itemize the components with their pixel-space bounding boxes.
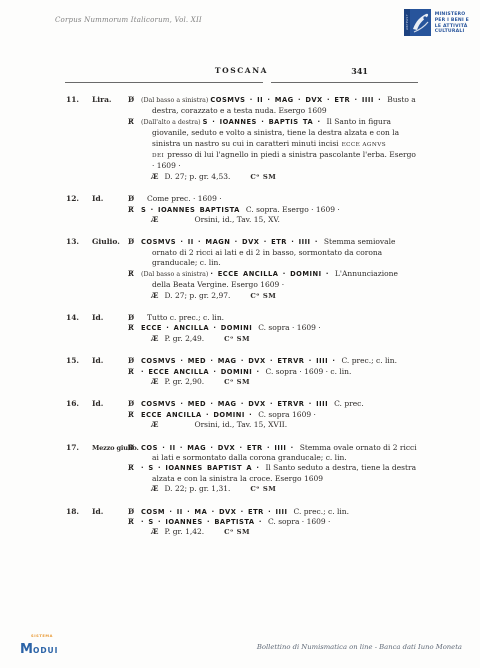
obverse-description: D̸COSMVS · MED · MAG · DVX · ETRVR · III… xyxy=(128,356,417,366)
position-note: (Dal basso a sinistra) xyxy=(141,97,210,104)
side-text: · S · IOANNES · BAPTISTA ·C. sopra · 160… xyxy=(141,517,417,527)
catalog-entry: 13.Giulio.D̸COSMVS · II · MAGN · DVX · E… xyxy=(66,237,417,300)
side-text: COSMVS · MED · MAG · DVX · ETRVR · IIII … xyxy=(141,356,417,366)
footer-credit: Bollettino di Numismatica on line - Banc… xyxy=(257,643,462,651)
metal-mark: Æ xyxy=(151,172,158,181)
ministry-logo: ARTPAST MINISTERO PER I BENI E LE ATTIVI… xyxy=(404,9,469,36)
entry-number: 16. xyxy=(66,399,92,430)
description: C. prec.; c. lin. xyxy=(293,507,349,516)
coin-legend: · S · IOANNES BAPTIST A · xyxy=(141,464,259,472)
collection-mark: Cᵒ SM xyxy=(224,335,250,343)
side-text: COSMVS · MED · MAG · DVX · ETRVR · IIIIC… xyxy=(141,399,417,409)
specs-line: ÆOrsini, id., Tav. 15, XV. xyxy=(128,215,417,225)
entry-body: D̸Tutto c. prec.; c. lin.R̸ECCE · ANCILL… xyxy=(128,313,417,344)
description: C. prec. xyxy=(334,399,364,408)
catalog-entry: 11.Lira.D̸(Dal basso a sinistra) COSMVS … xyxy=(66,95,417,182)
reverse-mark: R̸ xyxy=(128,205,141,215)
position-note: (Dal basso a sinistra) xyxy=(141,271,210,278)
entry-body: D̸COSMVS · II · MAGN · DVX · ETR · IIII … xyxy=(128,237,417,300)
entry-body: D̸COS · II · MAG · DVX · ETR · IIII ·Ste… xyxy=(128,443,417,495)
description: Tutto c. prec.; c. lin. xyxy=(147,313,224,322)
bibliographic-reference: Orsini, id., Tav. 15, XV. xyxy=(194,215,279,224)
reverse-description: R̸ECCE · ANCILLA · DOMINIC. sopra · 1609… xyxy=(128,323,417,333)
entry-number: 18. xyxy=(66,507,92,538)
entry-body: D̸Come prec. · 1609 ·R̸S · IOANNES BAPTI… xyxy=(128,194,417,225)
reverse-description: R̸(Dal basso a sinistra) · ECCE ANCILLA … xyxy=(128,269,417,291)
coin-legend: S · IOANNES BAPTISTA xyxy=(141,206,240,214)
obverse-mark: D̸ xyxy=(128,194,141,204)
description: C. sopra. Esergo · 1609 · xyxy=(246,205,340,214)
obverse-mark: D̸ xyxy=(128,313,141,323)
entry-number: 13. xyxy=(66,237,92,300)
side-text: Tutto c. prec.; c. lin. xyxy=(141,313,417,323)
entry-number: 15. xyxy=(66,356,92,387)
side-text: COS · II · MAG · DVX · ETR · IIII ·Stemm… xyxy=(141,443,417,464)
diameter-weight: D. 22; p. gr. 1,31. xyxy=(164,484,230,493)
description: C. prec.; c. lin. xyxy=(341,356,397,365)
collection-mark: Cᵒ SM xyxy=(250,485,276,493)
obverse-mark: D̸ xyxy=(128,356,141,366)
page-number: 341 xyxy=(351,66,368,76)
description: C. sopra 1609 · xyxy=(258,410,316,419)
entry-body: D̸COSMVS · MED · MAG · DVX · ETRVR · III… xyxy=(128,356,417,387)
entry-denomination: Lira. xyxy=(92,95,128,182)
coin-legend: COSMVS · II · MAGN · DVX · ETR · IIII · xyxy=(141,238,318,246)
metal-mark: Æ xyxy=(151,527,158,536)
modui-logo-subtext: sistema xyxy=(31,635,58,639)
reverse-description: R̸S · IOANNES BAPTISTAC. sopra. Esergo ·… xyxy=(128,205,417,215)
reverse-description: R̸· S · IOANNES · BAPTISTA ·C. sopra · 1… xyxy=(128,517,417,527)
metal-mark: Æ xyxy=(151,334,158,343)
ministry-name-line: MINISTERO xyxy=(435,12,469,18)
coin-legend: · ECCE ANCILLA · DOMINI · xyxy=(141,368,260,376)
catalog-entry: 15.Id.D̸COSMVS · MED · MAG · DVX · ETRVR… xyxy=(66,356,417,387)
description: presso di lui l'agnello in piedi a sinis… xyxy=(152,150,416,170)
obverse-description: D̸COSMVS · MED · MAG · DVX · ETRVR · III… xyxy=(128,399,417,409)
specs-line: ÆP. gr. 2,49.Cᵒ SM xyxy=(128,334,417,344)
side-text: ECCE ANCILLA · DOMINI ·C. sopra 1609 · xyxy=(141,410,417,420)
collection-mark: Cᵒ SM xyxy=(250,173,276,181)
reverse-mark: R̸ xyxy=(128,323,141,333)
coin-legend: COSMVS · II · MAG · DVX · ETR · IIII · xyxy=(210,96,381,104)
metal-mark: Æ xyxy=(151,420,158,429)
obverse-description: D̸Tutto c. prec.; c. lin. xyxy=(128,313,417,323)
coin-legend: ECCE ANCILLA · DOMINI · xyxy=(141,411,252,419)
reverse-mark: R̸ xyxy=(128,269,141,291)
obverse-mark: D̸ xyxy=(128,507,141,517)
obverse-mark: D̸ xyxy=(128,95,141,117)
coin-legend: · S · IOANNES · BAPTISTA · xyxy=(141,518,262,526)
obverse-description: D̸(Dal basso a sinistra) COSMVS · II · M… xyxy=(128,95,417,117)
metal-mark: Æ xyxy=(151,215,158,224)
catalog-entry: 12.Id.D̸Come prec. · 1609 ·R̸S · IOANNES… xyxy=(66,194,417,225)
ministry-logo-icon: ARTPAST xyxy=(404,9,431,36)
diameter-weight: P. gr. 2,49. xyxy=(164,334,204,343)
collection-mark: Cᵒ SM xyxy=(250,292,276,300)
specs-line: ÆD. 27; p. gr. 4,53.Cᵒ SM xyxy=(128,172,417,182)
ministry-name-line: PER I BENI E xyxy=(435,18,469,24)
obverse-mark: D̸ xyxy=(128,443,141,464)
coin-legend: ECCE · ANCILLA · DOMINI xyxy=(141,324,252,332)
metal-mark: Æ xyxy=(151,377,158,386)
side-text: COSM · II · MA · DVX · ETR · IIIIC. prec… xyxy=(141,507,417,517)
metal-mark: Æ xyxy=(151,291,158,300)
entry-denomination: Giulio. xyxy=(92,237,128,300)
scanned-document-page: Corpus Nummorum Italicorum, Vol. XII ART… xyxy=(0,0,480,668)
catalog-entries: 11.Lira.D̸(Dal basso a sinistra) COSMVS … xyxy=(66,95,417,550)
volume-title: Corpus Nummorum Italicorum, Vol. XII xyxy=(55,16,202,24)
entry-number: 14. xyxy=(66,313,92,344)
modui-logo-m: M xyxy=(20,642,33,657)
reverse-mark: R̸ xyxy=(128,367,141,377)
entry-body: D̸COSM · II · MA · DVX · ETR · IIIIC. pr… xyxy=(128,507,417,538)
side-text: S · IOANNES BAPTISTAC. sopra. Esergo · 1… xyxy=(141,205,417,215)
obverse-mark: D̸ xyxy=(128,399,141,409)
header-rule xyxy=(65,82,418,83)
obverse-description: D̸COSMVS · II · MAGN · DVX · ETR · IIII … xyxy=(128,237,417,268)
description: C. sopra · 1609 · xyxy=(258,323,320,332)
side-text: · ECCE ANCILLA · DOMINI ·C. sopra · 1609… xyxy=(141,367,417,377)
obverse-description: D̸COSM · II · MA · DVX · ETR · IIIIC. pr… xyxy=(128,507,417,517)
obverse-description: D̸COS · II · MAG · DVX · ETR · IIII ·Ste… xyxy=(128,443,417,464)
reverse-mark: R̸ xyxy=(128,463,141,484)
coin-legend: COS · II · MAG · DVX · ETR · IIII · xyxy=(141,444,294,452)
side-text: ECCE · ANCILLA · DOMINIC. sopra · 1609 · xyxy=(141,323,417,333)
coin-legend: · ECCE ANCILLA · DOMINI · xyxy=(210,270,329,278)
specs-line: ÆP. gr. 1,42.Cᵒ SM xyxy=(128,527,417,537)
description: C. sopra · 1609 · c. lin. xyxy=(266,367,352,376)
entry-denomination: Mezzo giulio. xyxy=(92,443,128,495)
side-text: (Dall'alto a destra) S · IOANNES · BAPTI… xyxy=(141,117,417,172)
diameter-weight: D. 27; p. gr. 2,97. xyxy=(164,291,230,300)
coin-legend: COSMVS · MED · MAG · DVX · ETRVR · IIII … xyxy=(141,357,335,365)
modui-logo: sistema Modui xyxy=(20,635,58,656)
reverse-mark: R̸ xyxy=(128,410,141,420)
ministry-name-line: CULTURALI xyxy=(435,29,469,35)
specs-line: ÆP. gr. 2,90.Cᵒ SM xyxy=(128,377,417,387)
reverse-description: R̸(Dall'alto a destra) S · IOANNES · BAP… xyxy=(128,117,417,172)
side-text: · S · IOANNES BAPTIST A ·Il Santo seduto… xyxy=(141,463,417,484)
obverse-description: D̸Come prec. · 1609 · xyxy=(128,194,417,204)
coin-legend: S · IOANNES · BAPTIS TA · xyxy=(203,118,321,126)
entry-number: 12. xyxy=(66,194,92,225)
coin-legend: COSMVS · MED · MAG · DVX · ETRVR · IIII xyxy=(141,400,328,408)
page-header: TOSCANA 341 xyxy=(65,66,418,78)
reverse-description: R̸ECCE ANCILLA · DOMINI ·C. sopra 1609 · xyxy=(128,410,417,420)
specs-line: ÆOrsini, id., Tav. 15, XVII. xyxy=(128,420,417,430)
description: Come prec. · 1609 · xyxy=(147,194,222,203)
obverse-mark: D̸ xyxy=(128,237,141,268)
specs-line: ÆD. 22; p. gr. 1,31.Cᵒ SM xyxy=(128,484,417,494)
entry-number: 17. xyxy=(66,443,92,495)
modui-logo-rest: odui xyxy=(33,646,58,655)
side-text: COSMVS · II · MAGN · DVX · ETR · IIII ·S… xyxy=(141,237,417,268)
catalog-entry: 18.Id.D̸COSM · II · MA · DVX · ETR · III… xyxy=(66,507,417,538)
reverse-mark: R̸ xyxy=(128,117,141,172)
bibliographic-reference: Orsini, id., Tav. 15, XVII. xyxy=(194,420,287,429)
position-note: (Dall'alto a destra) xyxy=(141,119,203,126)
entry-denomination: Id. xyxy=(92,313,128,344)
entry-denomination: Id. xyxy=(92,399,128,430)
diameter-weight: P. gr. 1,42. xyxy=(164,527,204,536)
entry-number: 11. xyxy=(66,95,92,182)
reverse-description: R̸· ECCE ANCILLA · DOMINI ·C. sopra · 16… xyxy=(128,367,417,377)
specs-line: ÆD. 27; p. gr. 2,97.Cᵒ SM xyxy=(128,291,417,301)
ministry-emblem-icon xyxy=(410,9,431,36)
diameter-weight: D. 27; p. gr. 4,53. xyxy=(164,172,230,181)
ministry-name: MINISTERO PER I BENI E LE ATTIVITÀ CULTU… xyxy=(435,9,469,35)
collection-mark: Cᵒ SM xyxy=(224,528,250,536)
entry-body: D̸COSMVS · MED · MAG · DVX · ETRVR · III… xyxy=(128,399,417,430)
side-text: (Dal basso a sinistra) COSMVS · II · MAG… xyxy=(141,95,417,117)
entry-denomination: Id. xyxy=(92,356,128,387)
side-text: (Dal basso a sinistra) · ECCE ANCILLA · … xyxy=(141,269,417,291)
entry-denomination: Id. xyxy=(92,194,128,225)
diameter-weight: P. gr. 2,90. xyxy=(164,377,204,386)
coin-legend: COSM · II · MA · DVX · ETR · IIII xyxy=(141,508,287,516)
reverse-description: R̸· S · IOANNES BAPTIST A ·Il Santo sedu… xyxy=(128,463,417,484)
metal-mark: Æ xyxy=(151,484,158,493)
entry-body: D̸(Dal basso a sinistra) COSMVS · II · M… xyxy=(128,95,417,182)
side-text: Come prec. · 1609 · xyxy=(141,194,417,204)
reverse-mark: R̸ xyxy=(128,517,141,527)
catalog-entry: 17.Mezzo giulio.D̸COS · II · MAG · DVX ·… xyxy=(66,443,417,495)
collection-mark: Cᵒ SM xyxy=(224,378,250,386)
catalog-entry: 16.Id.D̸COSMVS · MED · MAG · DVX · ETRVR… xyxy=(66,399,417,430)
catalog-entry: 14.Id.D̸Tutto c. prec.; c. lin.R̸ECCE · … xyxy=(66,313,417,344)
description: C. sopra · 1609 · xyxy=(268,517,330,526)
entry-denomination: Id. xyxy=(92,507,128,538)
